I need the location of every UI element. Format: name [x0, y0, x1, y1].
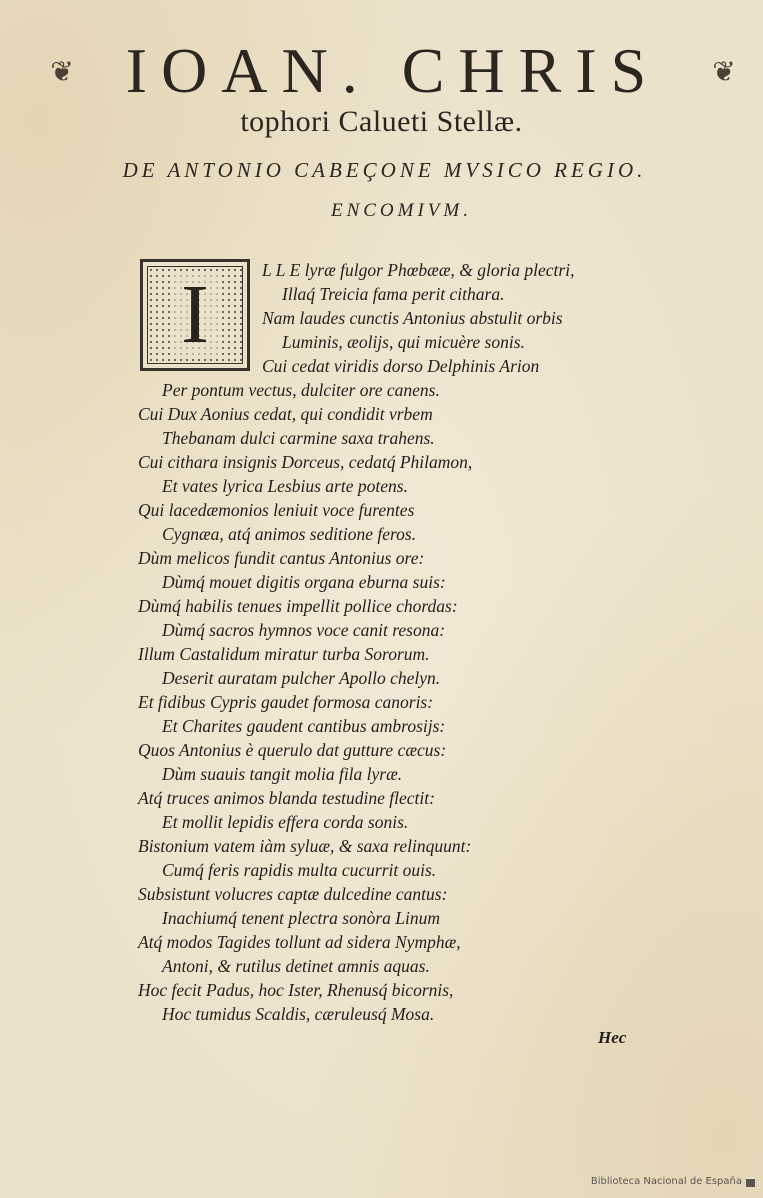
verse-line: L L E lyræ fulgor Phœbææ, & gloria plect… [262, 262, 574, 280]
title-line: ❦ IOAN. CHRIS ❦ [48, 40, 738, 102]
poem-subheading: ENCOMIVM. [0, 200, 763, 222]
author-title: IOAN. CHRIS [76, 39, 710, 103]
verse-line: Cygnæa, atq́ animos seditione feros. [162, 526, 416, 544]
verse-line: Per pontum vectus, dulciter ore canens. [162, 382, 440, 400]
verse-line: Et mollit lepidis effera corda sonis. [162, 814, 408, 832]
verse-line: Dùm melicos fundit cantus Antonius ore: [138, 550, 424, 568]
verse-line: Quos Antonius è querulo dat gutture cæcu… [138, 742, 446, 760]
initial-letter: I [171, 273, 219, 357]
verse-line: Illaq́ Treicia fama perit cithara. [282, 286, 504, 304]
verse-line: Dùm suauis tangit molia fila lyræ. [162, 766, 402, 784]
verse-line: Antoni, & rutilus detinet amnis aquas. [162, 958, 430, 976]
library-logo-icon [746, 1177, 755, 1187]
fleuron-left-icon: ❦ [48, 55, 76, 88]
verse-line: Thebanam dulci carmine saxa trahens. [162, 430, 435, 448]
verse-line: Et fidibus Cypris gaudet formosa canoris… [138, 694, 433, 712]
verse-line: Hoc tumidus Scaldis, cæruleusq́ Mosa. [162, 1006, 434, 1024]
verse-line: Subsistunt volucres captæ dulcedine cant… [138, 886, 447, 904]
catchword: Hec [598, 1028, 626, 1048]
verse-line: Et vates lyrica Lesbius arte potens. [162, 478, 408, 496]
verse-line: Inachiumq́ tenent plectra sonòra Linum [162, 910, 440, 928]
fleuron-right-icon: ❦ [710, 55, 738, 88]
verse-line: Cui cithara insignis Dorceus, cedatq́ Ph… [138, 454, 472, 472]
initial-ornament-icon: I [147, 266, 243, 364]
library-watermark: Biblioteca Nacional de España [591, 1176, 755, 1187]
verse-line: Dùmq́ habilis tenues impellit pollice ch… [138, 598, 458, 616]
author-subtitle: tophori Calueti Stellæ. [0, 105, 763, 139]
verse-line: Luminis, æolijs, qui micuère sonis. [282, 334, 525, 352]
watermark-text: Biblioteca Nacional de España [591, 1176, 742, 1187]
verse-line: Atq́ truces animos blanda testudine flec… [138, 790, 435, 808]
verse-line: Dùmq́ mouet digitis organa eburna suis: [162, 574, 446, 592]
verse-line: Deserit auratam pulcher Apollo chelyn. [162, 670, 440, 688]
verse-line: Cui Dux Aonius cedat, qui condidit vrbem [138, 406, 433, 424]
verse-line: Cui cedat viridis dorso Delphinis Arion [262, 358, 539, 376]
verse-line: Et Charites gaudent cantibus ambrosijs: [162, 718, 445, 736]
decorated-initial: I [140, 259, 250, 371]
verse-line: Dùmq́ sacros hymnos voce canit resona: [162, 622, 445, 640]
document-page: ❦ IOAN. CHRIS ❦ tophori Calueti Stellæ. … [0, 0, 763, 1198]
poem-heading: DE ANTONIO CABEÇONE MVSICO REGIO. [72, 158, 697, 183]
verse-line: Cumq́ feris rapidis multa cucurrit ouis. [162, 862, 436, 880]
verse-line: Bistonium vatem iàm syluæ, & saxa relinq… [138, 838, 471, 856]
verse-line: Hoc fecit Padus, hoc Ister, Rhenusq́ bic… [138, 982, 453, 1000]
verse-line: Nam laudes cunctis Antonius abstulit orb… [262, 310, 563, 328]
verse-line: Qui lacedæmonios leniuit voce furentes [138, 502, 414, 520]
verse-line: Atq́ modos Tagides tollunt ad sidera Nym… [138, 934, 461, 952]
verse-line: Illum Castalidum miratur turba Sororum. [138, 646, 430, 664]
